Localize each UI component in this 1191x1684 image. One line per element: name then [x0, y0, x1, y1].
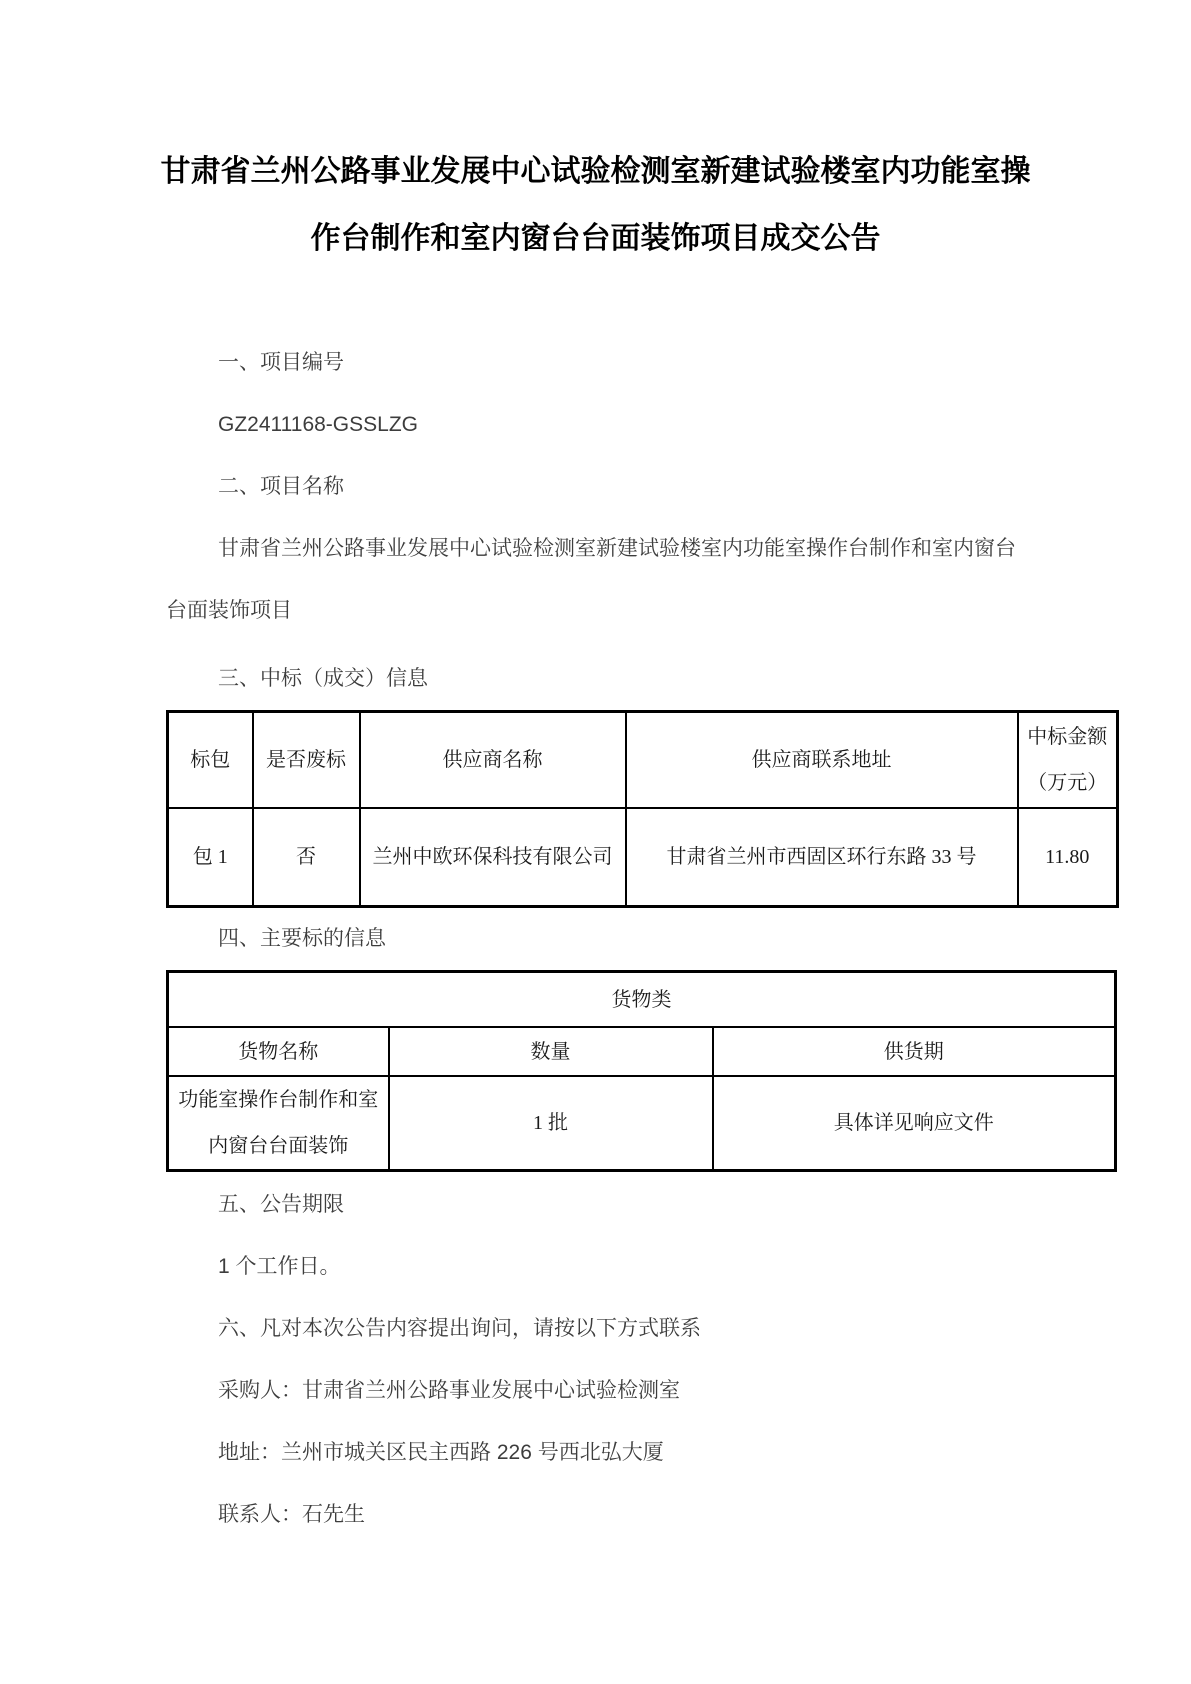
section-3-heading: 三、中标（成交）信息: [166, 648, 1021, 710]
award-col-amount-line2: （万元）: [1021, 760, 1115, 806]
section-4-heading: 四、主要标的信息: [166, 908, 1021, 970]
project-name-text: 甘肃省兰州公路事业发展中心试验检测室新建试验楼室内功能室操作台制作和室内窗台台面…: [166, 518, 1021, 642]
award-cell-supplier-address: 甘肃省兰州市西固区环行东路 33 号: [626, 808, 1018, 907]
subject-cell-name: 功能室操作台制作和室内窗台台面装饰: [168, 1076, 389, 1171]
award-col-supplier-address: 供应商联系地址: [626, 712, 1018, 809]
award-col-amount: 中标金额 （万元）: [1018, 712, 1118, 809]
award-table: 标包 是否废标 供应商名称 供应商联系地址 中标金额 （万元） 包 1 否 兰州…: [166, 710, 1119, 908]
subject-col-name: 货物名称: [168, 1027, 389, 1076]
award-cell-supplier: 兰州中欧环保科技有限公司: [360, 808, 626, 907]
section-6-heading: 六、凡对本次公告内容提出询问，请按以下方式联系: [166, 1298, 1021, 1360]
award-table-header-row: 标包 是否废标 供应商名称 供应商联系地址 中标金额 （万元）: [168, 712, 1118, 809]
document-page: 甘肃省兰州公路事业发展中心试验检测室新建试验楼室内功能室操作台制作和室内窗台台面…: [0, 0, 1191, 1684]
subject-category: 货物类: [168, 972, 1116, 1028]
notice-period-text: 1 个工作日。: [166, 1236, 1021, 1298]
subject-col-qty: 数量: [389, 1027, 713, 1076]
subject-table-category-row: 货物类: [168, 972, 1116, 1028]
award-col-invalid: 是否废标: [253, 712, 360, 809]
address-line: 地址：兰州市城关区民主西路 226 号西北弘大厦: [166, 1422, 1021, 1484]
section-1-heading: 一、项目编号: [166, 332, 1021, 394]
award-col-supplier: 供应商名称: [360, 712, 626, 809]
project-number: GZ2411168-GSSLZG: [166, 394, 1021, 456]
page-title: 甘肃省兰州公路事业发展中心试验检测室新建试验楼室内功能室操作台制作和室内窗台台面…: [156, 138, 1036, 272]
subject-table-header-row: 货物名称 数量 供货期: [168, 1027, 1116, 1076]
subject-table: 货物类 货物名称 数量 供货期 功能室操作台制作和室内窗台台面装饰 1 批 具体…: [166, 970, 1117, 1172]
award-cell-invalid: 否: [253, 808, 360, 907]
subject-table-row: 功能室操作台制作和室内窗台台面装饰 1 批 具体详见响应文件: [168, 1076, 1116, 1171]
award-cell-package: 包 1: [168, 808, 253, 907]
award-col-package: 标包: [168, 712, 253, 809]
section-2-heading: 二、项目名称: [166, 456, 1021, 518]
subject-cell-qty: 1 批: [389, 1076, 713, 1171]
contact-line: 联系人：石先生: [166, 1484, 1021, 1546]
subject-cell-period: 具体详见响应文件: [713, 1076, 1116, 1171]
purchaser-line: 采购人：甘肃省兰州公路事业发展中心试验检测室: [166, 1360, 1021, 1422]
award-col-amount-line1: 中标金额: [1021, 714, 1115, 760]
award-cell-amount: 11.80: [1018, 808, 1118, 907]
section-5-heading: 五、公告期限: [166, 1174, 1021, 1236]
award-table-row: 包 1 否 兰州中欧环保科技有限公司 甘肃省兰州市西固区环行东路 33 号 11…: [168, 808, 1118, 907]
subject-col-period: 供货期: [713, 1027, 1116, 1076]
